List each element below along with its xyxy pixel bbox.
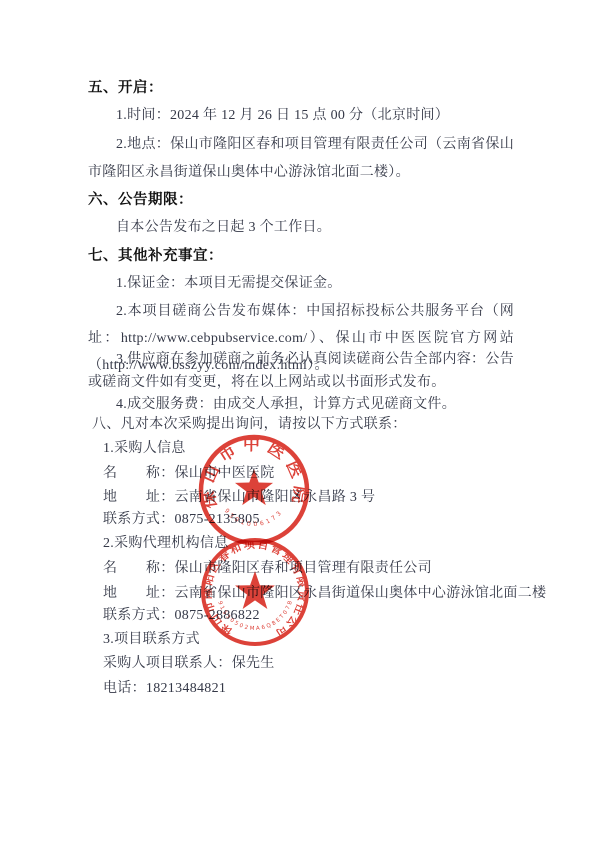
project-contact-title: 3.项目联系方式 [103,628,200,648]
para-service-fee: 4.成交服务费：由成交人承担，计算方式见磋商文件。 [116,393,456,413]
star-icon [235,571,275,609]
agency-seal: 保山市隆阳区春和项目管理有限责任公司 91530502MA6Q8ET07B [195,532,315,657]
para-period: 自本公告发布之日起 3 个工作日。 [116,216,331,236]
seal-code: 9301006173 [223,507,285,528]
agency-seal-graphic: 保山市隆阳区春和项目管理有限责任公司 91530502MA6Q8ET07B [195,532,315,652]
purchaser-info-title: 1.采购人信息 [103,437,186,457]
section-heading-supplement: 七、其他补充事宜： [88,244,223,265]
para-deposit: 1.保证金：本项目无需提交保证金。 [116,272,342,292]
section-heading-period: 六、公告期限： [88,188,193,209]
document-page: 五、开启： 1.时间：2024 年 12 月 26 日 15 点 00 分（北京… [0,0,600,849]
star-icon [235,469,273,505]
project-phone-row: 电话：18213484821 [103,677,226,697]
agency-address-row: 地 址：云南省保山市隆阳区永昌街道保山奥体中心游泳馆北面二楼 [103,582,546,602]
para-opening-time: 1.时间：2024 年 12 月 26 日 15 点 00 分（北京时间） [116,104,449,124]
section-heading-opening: 五、开启： [88,76,163,97]
para-opening-location: 2.地点：保山市隆阳区春和项目管理有限责任公司（云南省保山市隆阳区永昌街道保山奥… [88,131,514,187]
para-read-notice: 3.供应商在参加磋商之前务必认真阅读磋商公告全部内容：公告或磋商文件如有变更，将… [88,348,514,394]
